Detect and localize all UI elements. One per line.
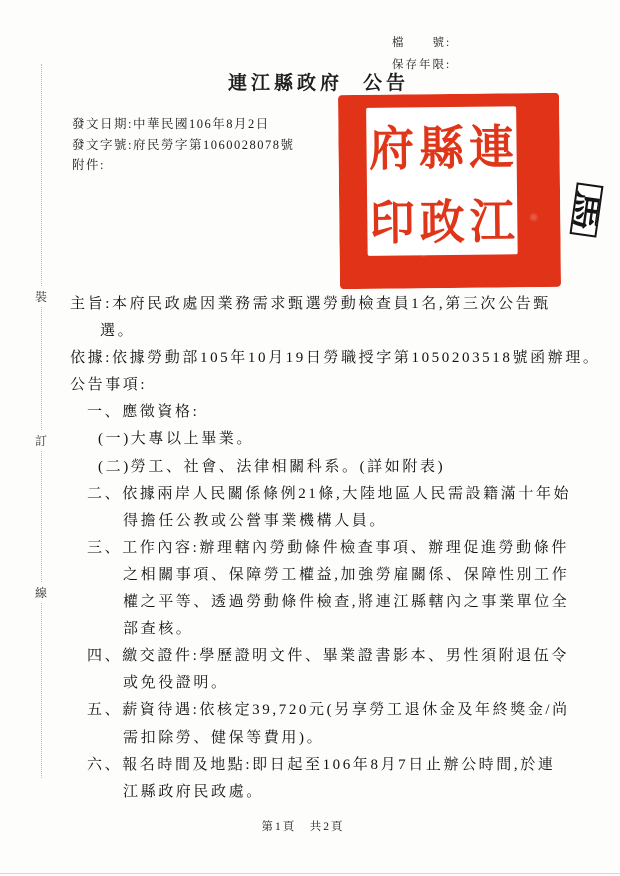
body-line: 部查核。: [70, 616, 610, 643]
body-line: 主旨:本府民政處因業務需求甄選勞動檢查員1名,第三次公告甄: [70, 291, 610, 318]
seal-char: 政: [416, 178, 468, 258]
page-number: 第1頁 共2頁: [0, 818, 606, 834]
body-line: 五、薪資待遇:依核定39,720元(另享勞工退休金及年終獎金/尚: [70, 697, 610, 724]
file-number-label: 檔 號:: [392, 32, 451, 54]
body-line: 三、工作內容:辦理轄內勞動條件檢查事項、辦理促進勞動條件: [70, 535, 610, 562]
body-line: 選。: [70, 318, 610, 345]
body-line: 公告事項:: [70, 372, 610, 399]
body-line: 依據:依據勞動部105年10月19日勞職授字第1050203518號函辦理。: [70, 345, 610, 372]
official-seal: 府 縣 連 印 政 江: [338, 93, 561, 289]
agency-name: 連江縣政府: [228, 73, 343, 94]
body-line: 四、繳交證件:學歷證明文件、畢業證書影本、男性須附退伍令: [70, 643, 610, 670]
body-line: 需扣除勞、健保等費用)。: [70, 725, 610, 752]
official-seal-face: 府 縣 連 印 政 江: [366, 106, 518, 256]
seal-char: 連: [466, 103, 518, 183]
seal-char: 縣: [416, 104, 468, 184]
doc-number: 發文字號:府民勞字第1060028078號: [72, 135, 294, 156]
edge-stamp-char: 馬: [570, 187, 604, 232]
announcement-body: 主旨:本府民政處因業務需求甄選勞動檢查員1名,第三次公告甄 選。 依據:依據勞動…: [70, 291, 610, 806]
page-edge-stamp: 馬: [570, 182, 604, 237]
doc-type-label: 公告: [363, 73, 409, 94]
body-line: 之相關事項、保障勞工權益,加強勞雇關係、保障性別工作: [70, 562, 610, 589]
binding-mark-xian: 線: [35, 582, 47, 603]
scan-bottom-edge: [0, 873, 620, 874]
seal-char: 江: [466, 177, 518, 257]
seal-char: 府: [366, 104, 418, 184]
issue-date: 發文日期:中華民國106年8月2日: [72, 114, 294, 135]
binding-mark-zhuang: 裝: [35, 286, 47, 307]
attachment-label: 附件:: [72, 155, 294, 176]
body-line: (一)大專以上畢業。: [70, 426, 610, 453]
body-line: 得擔任公教或公營事業機構人員。: [70, 508, 610, 535]
seal-char: 印: [366, 178, 418, 258]
binding-mark-ding: 訂: [35, 430, 47, 451]
issuance-meta: 發文日期:中華民國106年8月2日 發文字號:府民勞字第1060028078號 …: [72, 114, 294, 176]
body-line: 權之平等、透過勞動條件檢查,將連江縣轄內之事業單位全: [70, 589, 610, 616]
body-line: 或免役證明。: [70, 670, 610, 697]
body-line: (二)勞工、社會、法律相關科系。(詳如附表): [70, 454, 610, 481]
body-line: 一、應徵資格:: [70, 399, 610, 426]
body-line: 六、報名時間及地點:即日起至106年8月7日止辦公時間,於連: [70, 752, 610, 779]
body-line: 二、依據兩岸人民關係條例21條,大陸地區人民需設籍滿十年始: [70, 481, 610, 508]
document-page: 檔 號: 保存年限: 連江縣政府公告 發文日期:中華民國106年8月2日 發文字…: [0, 0, 620, 876]
body-line: 江縣政府民政處。: [70, 779, 610, 806]
page-title: 連江縣政府公告: [228, 68, 409, 95]
binding-rail: 裝 訂 線: [41, 64, 42, 778]
